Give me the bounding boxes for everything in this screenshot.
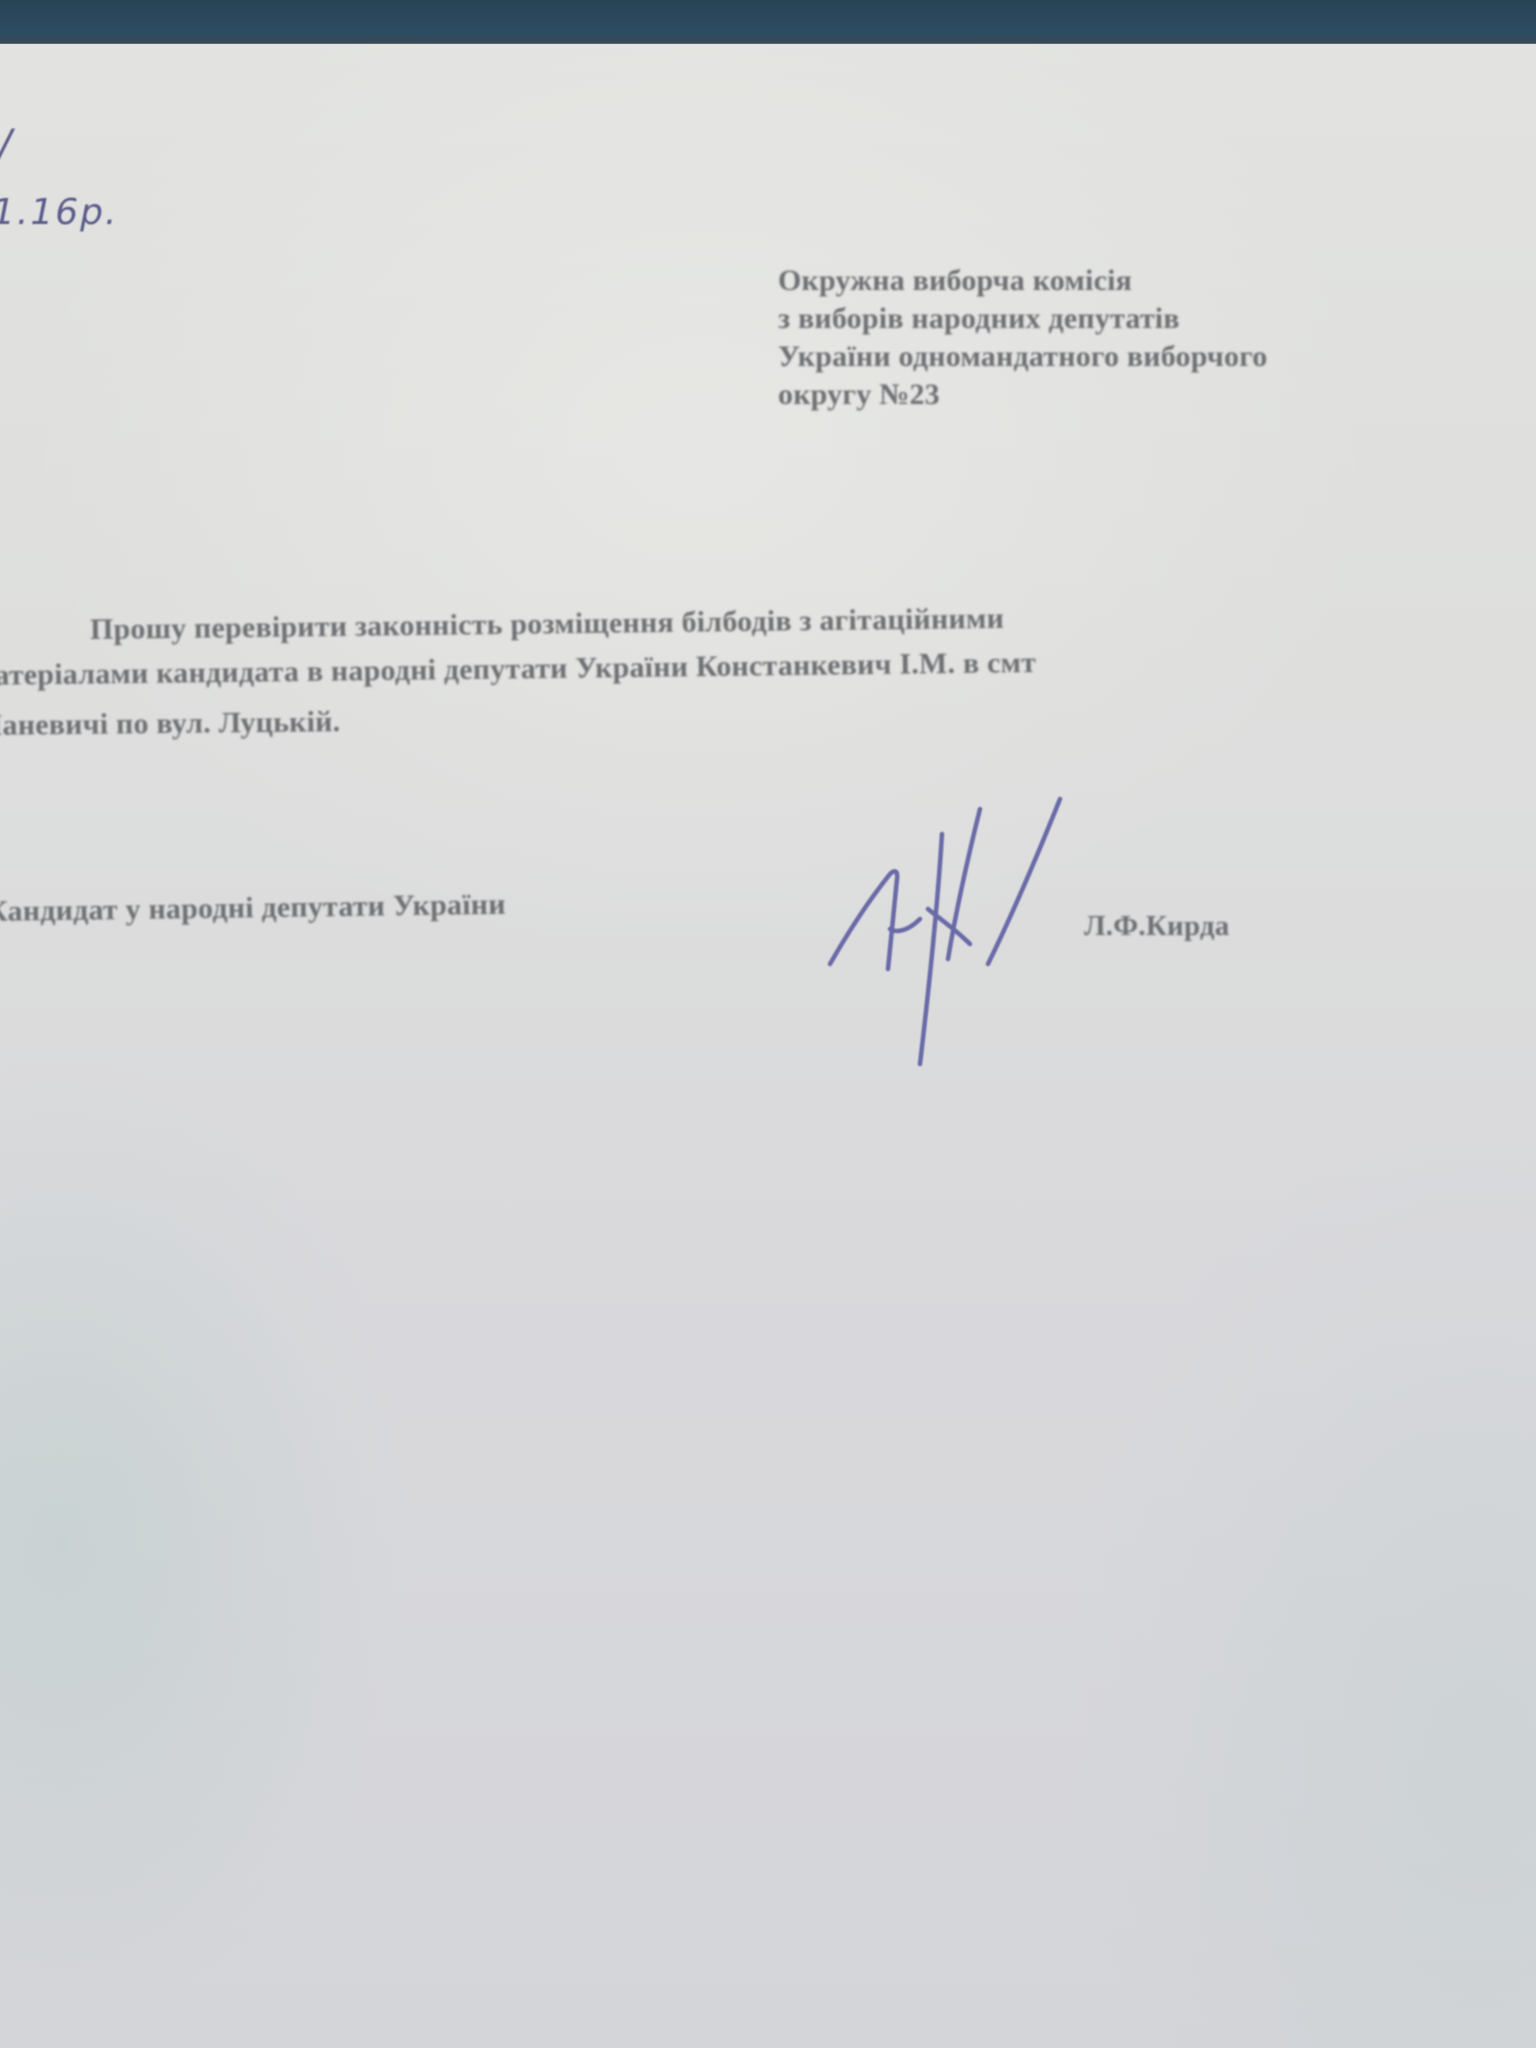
signer-position: Кандидат у народні депутати України [0,885,506,932]
addressee-block: Окружна виборча комісія з виборів народн… [778,262,1268,414]
table-surface [0,0,1536,46]
handwritten-signature [820,779,1120,1079]
handwritten-mark: / [0,122,11,168]
body-line-3: Маневичі по вул. Луцькій. [0,702,341,746]
body-line-1: Прошу перевірити законність розміщення б… [90,599,1005,650]
document-photo: / 1.16р. Окружна виборча комісія з вибор… [0,0,1536,2048]
addressee-line: України одномандатного виборчого [778,338,1268,376]
addressee-line: з виборів народних депутатів [778,300,1268,338]
body-line-2: матеріалами кандидата в народні депутати… [0,643,1036,696]
addressee-line: округу №23 [778,376,1268,414]
signer-name: Л.Ф.Кирда [1084,906,1229,946]
handwritten-date: 1.16р. [0,192,118,233]
paper-sheet: / 1.16р. Окружна виборча комісія з вибор… [0,44,1536,2048]
addressee-line: Окружна виборча комісія [778,262,1268,300]
